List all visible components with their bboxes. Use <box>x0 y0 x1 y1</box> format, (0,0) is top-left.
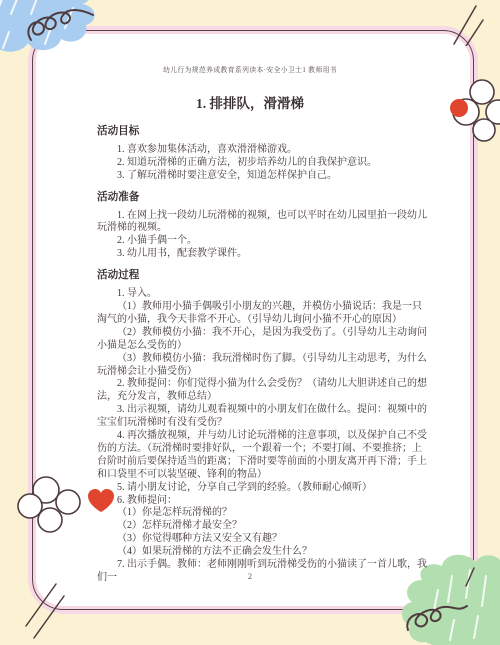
paragraph: （1）教师用小猫手偶吸引小朋友的兴趣，并模仿小猫说话：我是一只淘气的小猫，我今天… <box>97 301 431 327</box>
lesson-text: 活动目标 1. 喜欢参加集体活动，喜欢滑滑梯游戏。 2. 知道玩滑梯的正确方法，… <box>97 126 431 585</box>
paragraph: 3. 幼儿用书，配套教学课件。 <box>97 248 431 261</box>
paragraph: （1）你是怎样玩滑梯的？ <box>97 507 431 520</box>
paragraph: （2）教师模仿小猫：我不开心，是因为我受伤了。（引导幼儿主动询问小猫是怎么受伤的… <box>97 327 431 353</box>
book-page: { "meta": { "header": "幼儿行为规范养成教育系列读本·安全… <box>0 0 500 645</box>
paragraph: 1. 导入。 <box>97 288 431 301</box>
page-number: 2 <box>40 572 460 581</box>
section-heading-process: 活动过程 <box>97 270 431 283</box>
paragraph: 3. 出示视频，请幼儿观看视频中的小朋友们在做什么。提问：视频中的宝宝们玩滑梯时… <box>97 404 431 430</box>
cloud-doodle-blue-icon <box>0 0 120 63</box>
paragraph: （3）你觉得哪种方法又安全又有趣？ <box>97 533 431 546</box>
paragraph: 2. 知道玩滑梯的正确方法，初步培养幼儿的自我保护意识。 <box>97 157 431 170</box>
page-title: 1. 排排队，滑滑梯 <box>40 92 460 112</box>
series-header: 幼儿行为规范养成教育系列读本·安全小卫士1 教师用书 <box>40 64 460 74</box>
paragraph: 5. 请小朋友讨论，分享自己学到的经验。（教师耐心倾听） <box>97 482 431 495</box>
paragraph: 1. 在网上找一段幼儿玩滑梯的视频，也可以平时在幼儿园里拍一段幼儿玩滑梯的视频。 <box>97 210 431 236</box>
paragraph: 6. 教师提问： <box>97 495 431 508</box>
sparkle-lines-icon <box>20 582 68 642</box>
paragraph: 2. 教师提问：你们觉得小猫为什么会受伤？（请幼儿大胆讲述自己的想法，充分发言，… <box>97 378 431 404</box>
sparkle-lines-icon <box>444 0 484 46</box>
paragraph: 2. 小猫手偶一个。 <box>97 235 431 248</box>
paragraph: 3. 了解玩滑梯时要注意安全，知道怎样保护自己。 <box>97 170 431 183</box>
paragraph: （3）教师模仿小猫：我玩滑梯时伤了脚。（引导幼儿主动思考，为什么玩滑梯会让小猫受… <box>97 353 431 379</box>
section-heading-preparation: 活动准备 <box>97 192 431 205</box>
section-heading-goals: 活动目标 <box>97 126 431 139</box>
paragraph: 1. 喜欢参加集体活动，喜欢滑滑梯游戏。 <box>97 144 431 157</box>
paragraph: （4）如果玩滑梯的方法不正确会发生什么？ <box>97 546 431 559</box>
paragraph: 4. 再次播放视频，并与幼儿讨论玩滑梯的注意事项，以及保护自己不受伤的方法。（玩… <box>97 430 431 482</box>
paragraph: （2）怎样玩滑梯才最安全？ <box>97 520 431 533</box>
